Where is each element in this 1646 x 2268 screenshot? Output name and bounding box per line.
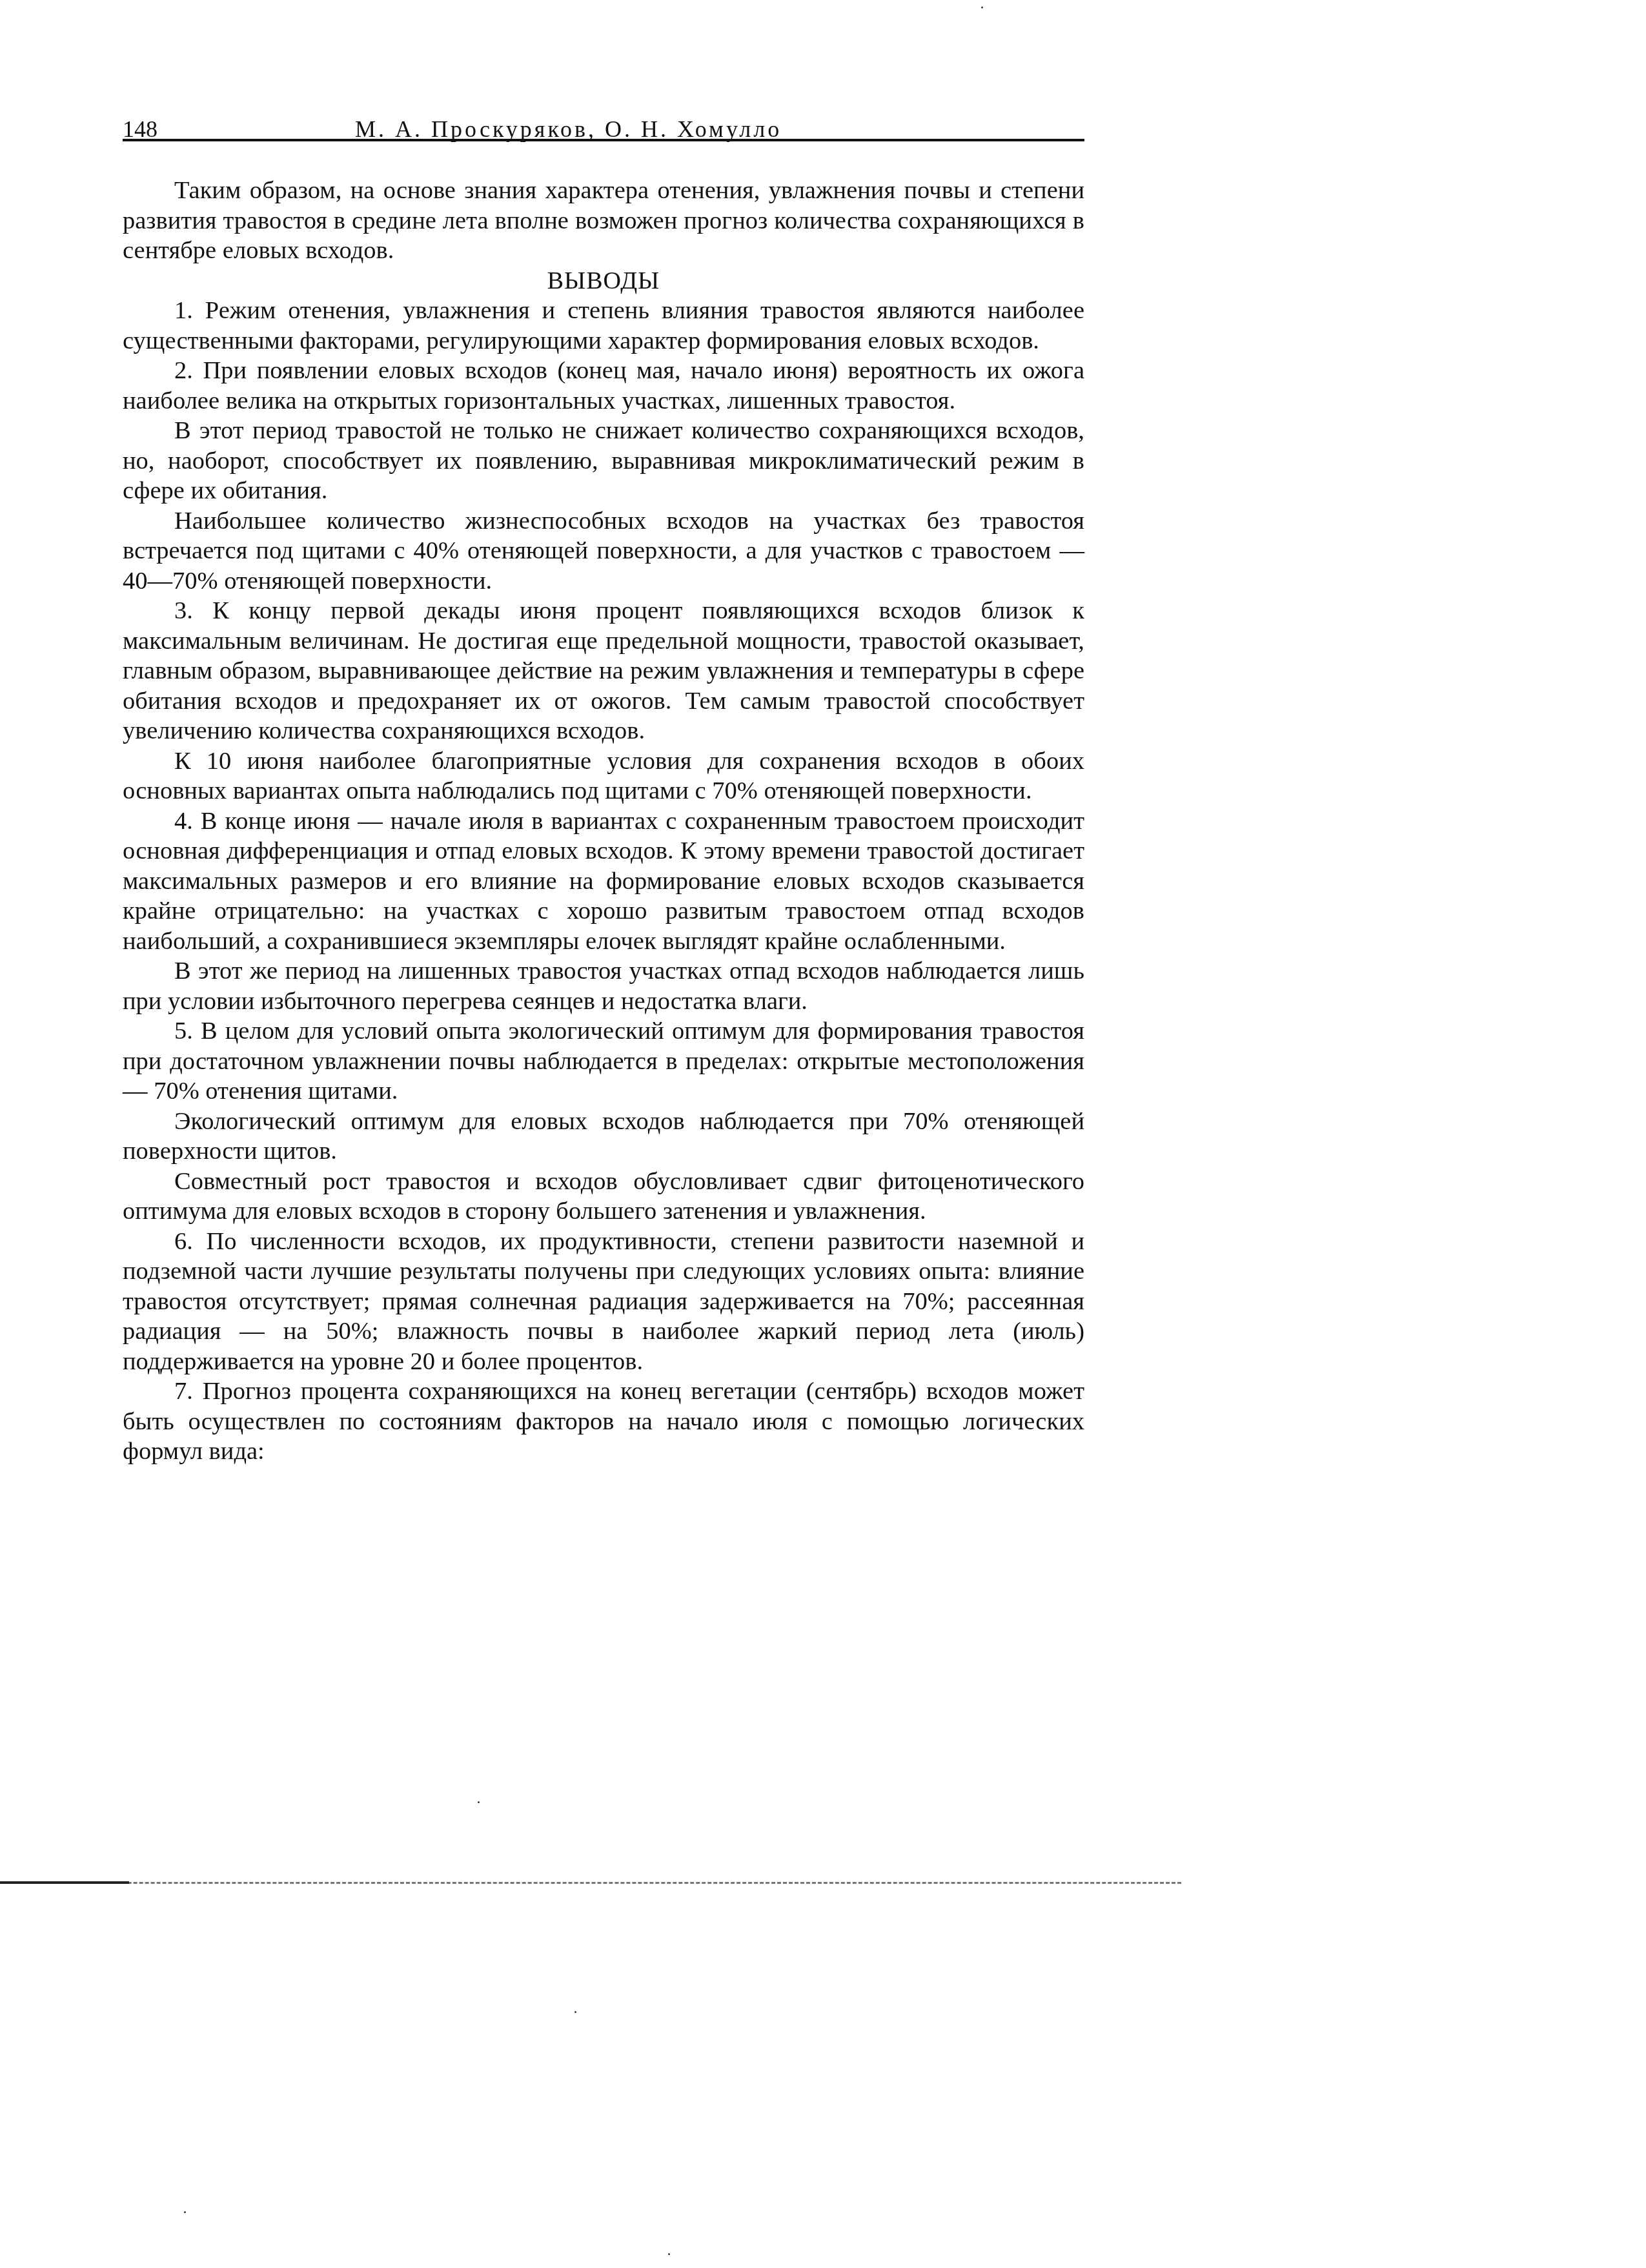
scan-speck: [478, 1801, 480, 1803]
conclusion-paragraph: Наибольшее количество жизнеспособных всх…: [123, 506, 1084, 597]
conclusion-paragraph: 7. Прогноз процента сохраняющихся на кон…: [123, 1376, 1084, 1467]
scan-speck: [184, 2211, 186, 2213]
scan-speck: [574, 2011, 576, 2013]
book-page: 148 М. А. Проскуряков, О. Н. Хомулло Так…: [123, 103, 1084, 142]
conclusion-paragraph: 6. По численности всходов, их продуктивн…: [123, 1227, 1084, 1377]
header-rule: [123, 139, 1084, 141]
page-number: 148: [123, 110, 157, 148]
conclusion-paragraph: 5. В целом для условий опыта экологическ…: [123, 1016, 1084, 1107]
scan-edge-dashed-line: [0, 1882, 1181, 1884]
conclusion-paragraph: Совместный рост травостоя и всходов обус…: [123, 1167, 1084, 1227]
conclusion-paragraph: 4. В конце июня — начале июля в варианта…: [123, 806, 1084, 957]
conclusion-paragraph: В этот же период на лишенных травостоя у…: [123, 956, 1084, 1016]
intro-paragraph: Таким образом, на основе знания характер…: [123, 176, 1084, 266]
conclusion-paragraph: В этот период травостой не только не сни…: [123, 416, 1084, 506]
scan-speck: [981, 6, 983, 8]
scan-speck: [668, 2253, 670, 2255]
running-head: 148 М. А. Проскуряков, О. Н. Хомулло: [123, 103, 1084, 142]
scan-edge-solid-line: [0, 1881, 129, 1884]
conclusion-paragraph: 3. К концу первой декады июня процент по…: [123, 596, 1084, 746]
conclusion-paragraph: Экологический оптимум для еловых всходов…: [123, 1107, 1084, 1167]
conclusion-paragraph: 1. Режим отенения, увлажнения и степень …: [123, 296, 1084, 356]
section-title: ВЫВОДЫ: [123, 266, 1084, 296]
conclusion-paragraph: К 10 июня наиболее благоприятные условия…: [123, 746, 1084, 806]
conclusion-paragraph: 2. При появлении еловых всходов (конец м…: [123, 356, 1084, 416]
running-head-authors: М. А. Проскуряков, О. Н. Хомулло: [355, 110, 782, 148]
body-text: Таким образом, на основе знания характер…: [123, 176, 1084, 1467]
